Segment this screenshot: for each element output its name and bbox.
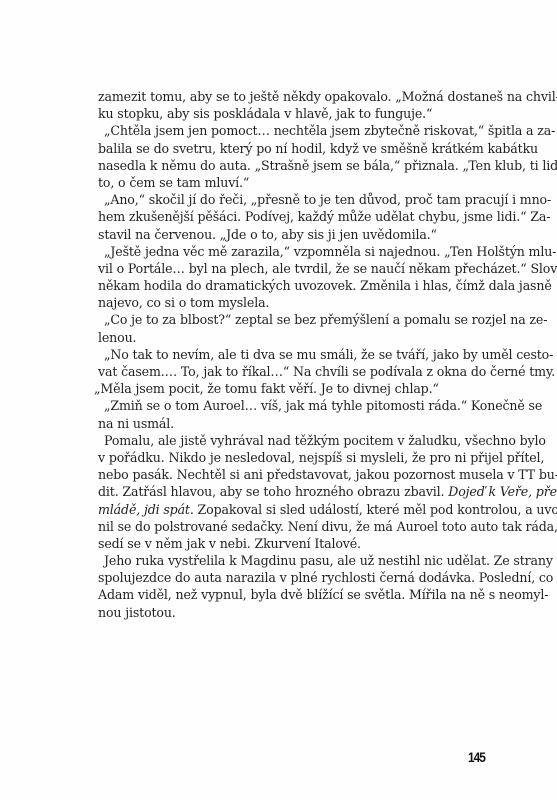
paragraph-start-line: Pomalu, ale jistě vyhrával nad těžkým po…	[98, 432, 497, 449]
body-text: zamezit tomu, aby se to ještě někdy opak…	[98, 88, 497, 621]
book-page: zamezit tomu, aby se to ještě někdy opak…	[0, 0, 557, 800]
paragraph-start-line: „Ano,“ skočil jí do řeči, „přesně to je …	[98, 191, 497, 208]
text-line: v pořádku. Nikdo je nesledoval, nejspíš …	[98, 449, 497, 466]
text-line: vil o Portále… byl na plech, ale tvrdil,…	[98, 260, 497, 277]
text-line: dit. Zatřásl hlavou, aby se toho hroznéh…	[98, 483, 497, 500]
paragraph-start-line: „Zmiň se o tom Auroel… víš, jak má tyhle…	[98, 397, 497, 414]
text-line: někam hodila do dramatických uvozovek. Z…	[98, 277, 497, 294]
italic-text-run: mládě, jdi spát.	[98, 502, 194, 517]
text-line: na ni usmál.	[98, 415, 497, 432]
paragraph-start-line: „Co je to za blbost?“ zeptal se bez přem…	[98, 311, 497, 328]
text-line: zamezit tomu, aby se to ještě někdy opak…	[98, 88, 497, 105]
text-line: balila se do svetru, který po ní hodil, …	[98, 140, 497, 157]
text-line: hem zkušenější pěšáci. Podívej, každý mů…	[98, 208, 497, 225]
text-line: spolujezdce do auta narazila v plné rych…	[98, 569, 497, 586]
text-line: nil se do polstrované sedačky. Není divu…	[98, 518, 497, 535]
text-line: „Měla jsem pocit, že tomu fakt věří. Je …	[94, 380, 497, 397]
text-line: nou jistotou.	[98, 604, 497, 621]
paragraph-start-line: „Ještě jedna věc mě zarazila,“ vzpomněla…	[98, 243, 497, 260]
text-line: lenou.	[98, 329, 497, 346]
text-line: nasedla k němu do auta. „Strašně jsem se…	[98, 157, 497, 174]
text-run: dit. Zatřásl hlavou, aby se toho hroznéh…	[98, 484, 448, 499]
paragraph-start-line: „Chtěla jsem jen pomoct… nechtěla jsem z…	[98, 122, 497, 139]
text-line: mládě, jdi spát. Zopakoval si sled událo…	[98, 501, 497, 518]
text-line: to, o čem se tam mluví.“	[98, 174, 497, 191]
page-number: 145	[468, 749, 485, 765]
text-line: najevo, co si o tom myslela.	[98, 294, 497, 311]
text-run: Zopakoval si sled událostí, které měl po…	[194, 502, 557, 517]
text-line: nebo pasák. Nechtěl si ani představovat,…	[98, 466, 497, 483]
italic-text-run: Dojeď k Veře, předej	[448, 484, 557, 499]
text-line: ku stopku, aby sis poskládala v hlavě, j…	[98, 105, 497, 122]
paragraph-start-line: „No tak to nevím, ale ti dva se mu smáli…	[98, 346, 497, 363]
text-line: sedí se v něm jak v nebi. Zkurvení Italo…	[98, 535, 497, 552]
text-line: stavil na červenou. „Jde o to, aby sis j…	[98, 226, 497, 243]
paragraph-start-line: Jeho ruka vystřelila k Magdinu pasu, ale…	[98, 552, 497, 569]
text-line: vat časem.… To, jak to říkal…“ Na chvíli…	[98, 363, 497, 380]
text-line: Adam viděl, než vypnul, byla dvě blížící…	[98, 586, 497, 603]
